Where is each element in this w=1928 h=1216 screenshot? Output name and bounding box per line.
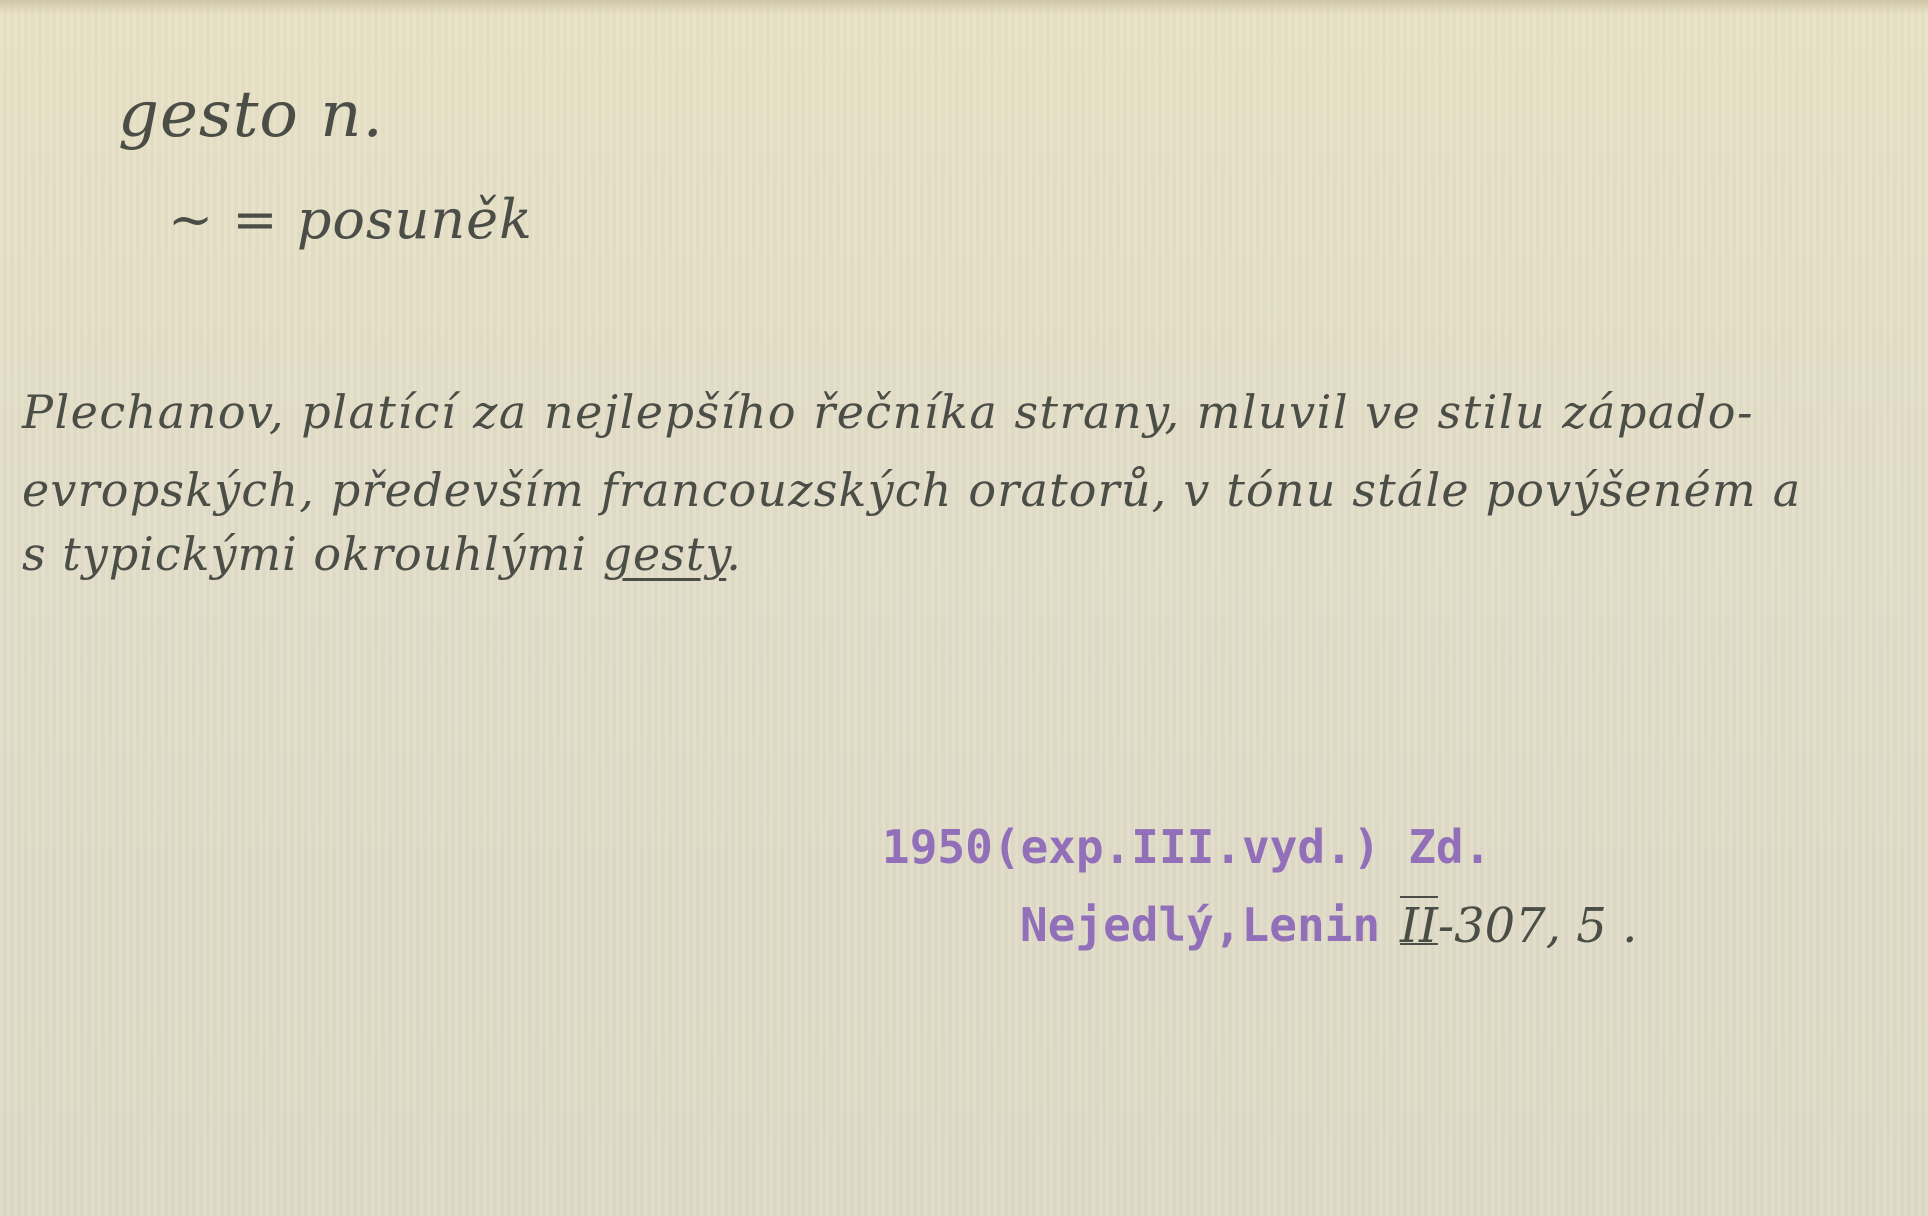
quotation-keyword: gesty — [603, 527, 727, 581]
quotation-line-3-prefix: s typickými okrouhlými — [22, 527, 603, 581]
quotation-line-3-suffix: . — [726, 527, 742, 581]
quotation-line-2: evropských, především francouzských orat… — [22, 463, 1801, 517]
card-top-edge — [0, 0, 1928, 14]
source-stamp: Nejedlý,Lenin — [1020, 898, 1380, 952]
quotation-line-3: s typickými okrouhlými gesty. — [22, 527, 742, 581]
volume-number: II — [1400, 898, 1438, 954]
quotation-line-1: Plechanov, platící za nejlepšího řečníka… — [22, 385, 1754, 439]
index-card: gesto n. ~ = posuněk Plechanov, platící … — [0, 0, 1928, 1216]
edition-stamp: 1950(exp.III.vyd.) Zd. — [882, 820, 1491, 874]
page-reference: II-307, 5 . — [1400, 898, 1637, 954]
page-number: -307, 5 . — [1438, 898, 1637, 954]
synonym-note: ~ = posuněk — [168, 188, 533, 251]
headword: gesto n. — [118, 78, 384, 152]
